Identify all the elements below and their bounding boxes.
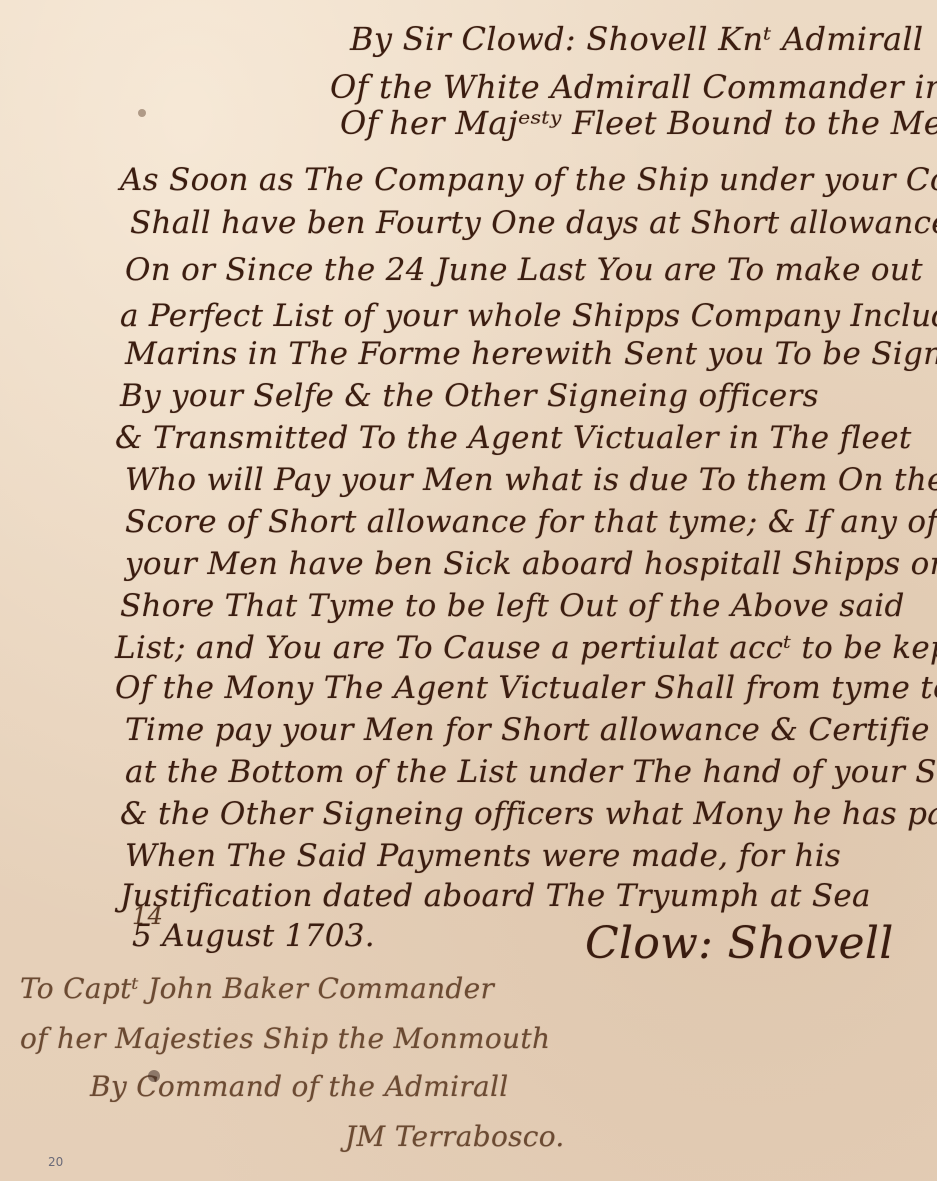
body-line: Who will Pay your Men what is due To the…	[125, 462, 937, 498]
body-line: & the Other Signeing officers what Mony …	[120, 796, 937, 832]
pencil-note: 20	[48, 1155, 63, 1169]
body-line: Score of Short allowance for that tyme; …	[125, 504, 937, 540]
body-line: Justification dated aboard The Tryumph a…	[120, 878, 871, 914]
body-line: a Perfect List of your whole Shipps Comp…	[120, 298, 937, 334]
ink-spot	[138, 109, 146, 117]
body-line: & Transmitted To the Agent Victualer in …	[115, 420, 912, 456]
address-line: of her Majesties Ship the Monmouth	[20, 1022, 550, 1055]
body-line: On or Since the 24 June Last You are To …	[125, 252, 923, 288]
body-line: When The Said Payments were made, for hi…	[125, 838, 841, 874]
address-line: To Captᵗ John Baker Commander	[20, 972, 494, 1005]
body-line: at the Bottom of the List under The hand…	[125, 754, 937, 790]
manuscript-page: By Sir Clowd: Shovell Knᵗ Admirall Of th…	[0, 0, 937, 1181]
body-line: Of the Mony The Agent Victualer Shall fr…	[115, 670, 937, 706]
header-line: By Sir Clowd: Shovell Knᵗ Admirall	[350, 20, 923, 58]
signature: Clow: Shovell	[585, 918, 894, 969]
body-line: Shore That Tyme to be left Out of the Ab…	[120, 588, 905, 624]
ink-spot	[148, 1070, 160, 1082]
body-line: your Men have ben Sick aboard hospitall …	[125, 546, 937, 582]
body-line: Marins in The Forme herewith Sent you To…	[125, 336, 937, 372]
header-line: Of the White Admirall Commander in Cheif…	[330, 68, 937, 106]
letter-date: 5 August 1703.	[132, 918, 375, 954]
body-line: Time pay your Men for Short allowance & …	[125, 712, 930, 748]
body-line: As Soon as The Company of the Ship under…	[120, 162, 937, 198]
body-line: By your Selfe & the Other Signeing offic…	[120, 378, 819, 414]
body-line: List; and You are To Cause a pertiulat a…	[115, 630, 937, 666]
header-line: Of her Majᵉˢᵗʸ Fleet Bound to the Medite…	[340, 104, 937, 142]
body-line: Shall have ben Fourty One days at Short …	[130, 205, 937, 241]
address-line: JM Terrabosco.	[345, 1120, 565, 1153]
